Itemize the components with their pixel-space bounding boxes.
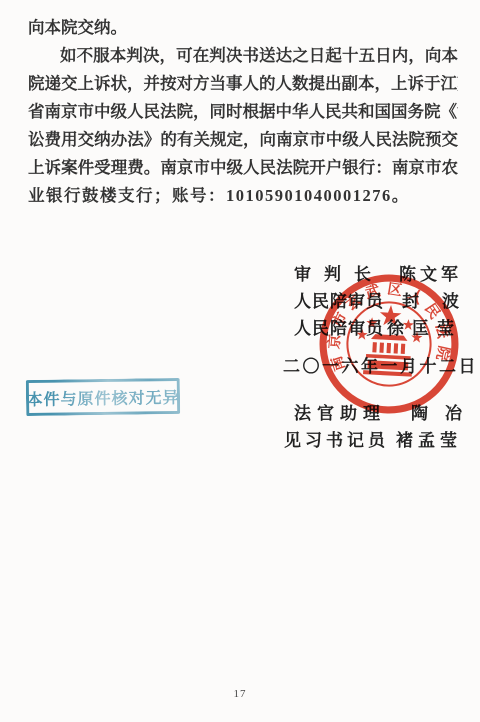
text-line: 向本院交纳。 [28, 14, 458, 42]
document-page: 向本院交纳。 如不服本判决，可在判决书送达之日起十五日内，向本 院递交上诉状，并… [0, 0, 480, 722]
text-line: 省南京市中级人民法院，同时根据中华人民共和国国务院《诉 [28, 98, 458, 126]
national-emblem-icon [354, 303, 424, 377]
text-line: 上诉案件受理费。南京市中级人民法院开户银行：南京市农 [28, 154, 458, 182]
role-label: 见习书记员 [284, 426, 389, 451]
text-line: 业银行鼓楼支行；账号：10105901040001276。 [28, 182, 458, 210]
page-number: 17 [0, 688, 480, 700]
verification-stamp: 本件与原件核对无异 [26, 378, 180, 416]
text-line: 如不服本判决，可在判决书送达之日起十五日内，向本 [28, 42, 458, 70]
signature-row-trainee-clerk: 见习书记员 褚孟莹 [284, 426, 462, 451]
text-line: 讼费用交纳办法》的有关规定，向南京市中级人民法院预交 [28, 126, 458, 154]
main-text-block: 向本院交纳。 如不服本判决，可在判决书送达之日起十五日内，向本 院递交上诉状，并… [28, 14, 458, 210]
text-line: 院递交上诉状，并按对方当事人的人数提出副本，上诉于江苏 [28, 70, 458, 98]
court-seal-stamp: 南京市玄武区人民法院 [314, 269, 463, 418]
signer-name: 褚孟莹 [396, 426, 462, 451]
verification-stamp-text: 本件与原件核对无异 [26, 384, 179, 409]
